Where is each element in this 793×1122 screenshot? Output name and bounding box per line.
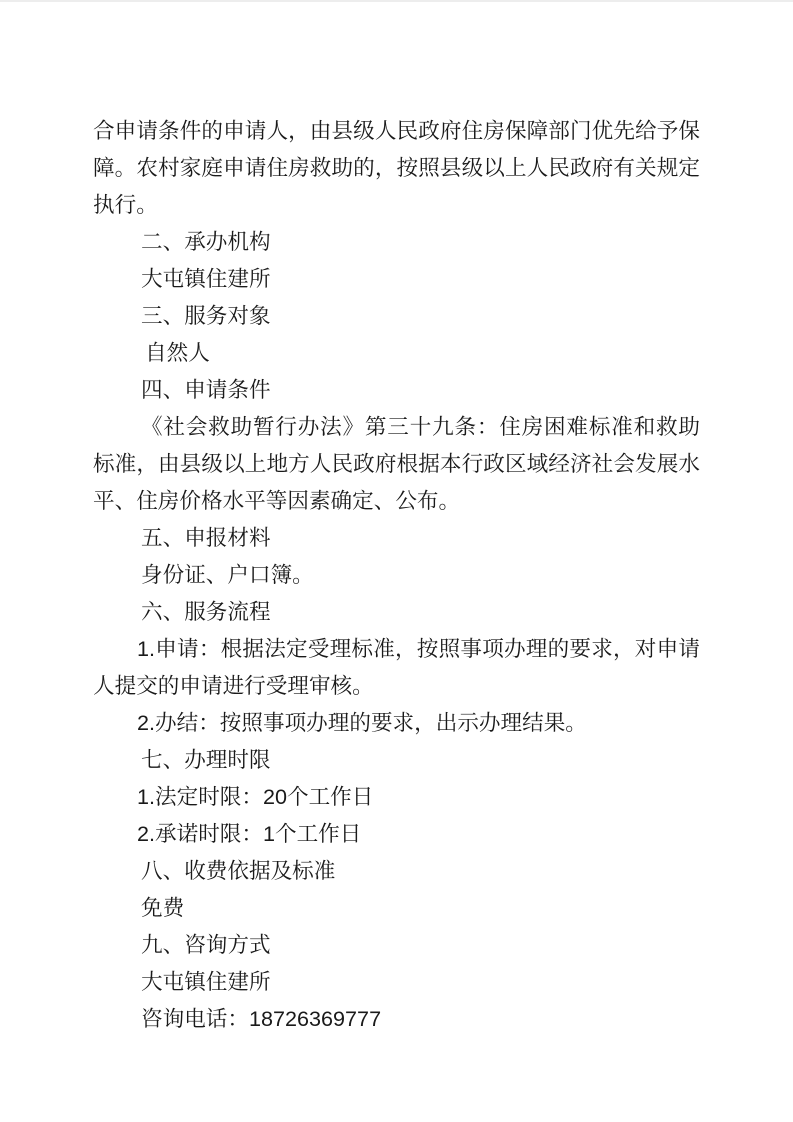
para-statutory-time-limit: 1.法定时限：20个工作日 bbox=[93, 778, 700, 815]
para-process-step-2-complete: 2.办结：按照事项办理的要求，出示办理结果。 bbox=[93, 704, 700, 741]
para-housing-priority-continuation: 合申请条件的申请人，由县级人民政府住房保障部门优先给予保障。农村家庭申请住房救助… bbox=[93, 112, 700, 223]
para-application-conditions-law: 《社会救助暂行办法》第三十九条：住房困难标准和救助标准，由县级以上地方人民政府根… bbox=[93, 408, 700, 519]
heading-section-7-time-limit: 七、办理时限 bbox=[93, 741, 700, 778]
heading-section-4-application-conditions: 四、申请条件 bbox=[93, 371, 700, 408]
heading-section-3-service-target: 三、服务对象 bbox=[93, 297, 700, 334]
para-promised-time-limit: 2.承诺时限：1个工作日 bbox=[93, 815, 700, 852]
para-consultation-agency: 大屯镇住建所 bbox=[93, 963, 700, 1000]
para-consultation-phone: 咨询电话：18726369777 bbox=[93, 1000, 700, 1037]
heading-section-9-consultation: 九、咨询方式 bbox=[93, 926, 700, 963]
para-service-target: 自然人 bbox=[93, 334, 700, 371]
para-agency-name: 大屯镇住建所 bbox=[93, 260, 700, 297]
document-page: 合申请条件的申请人，由县级人民政府住房保障部门优先给予保障。农村家庭申请住房救助… bbox=[0, 0, 793, 1122]
para-materials-list: 身份证、户口簿。 bbox=[93, 556, 700, 593]
heading-section-6-process: 六、服务流程 bbox=[93, 593, 700, 630]
heading-section-2-agency: 二、承办机构 bbox=[93, 223, 700, 260]
para-fee-free: 免费 bbox=[93, 889, 700, 926]
para-process-step-1-apply: 1.申请：根据法定受理标准，按照事项办理的要求，对申请人提交的申请进行受理审核。 bbox=[93, 630, 700, 704]
heading-section-5-materials: 五、申报材料 bbox=[93, 519, 700, 556]
heading-section-8-fees: 八、收费依据及标准 bbox=[93, 852, 700, 889]
